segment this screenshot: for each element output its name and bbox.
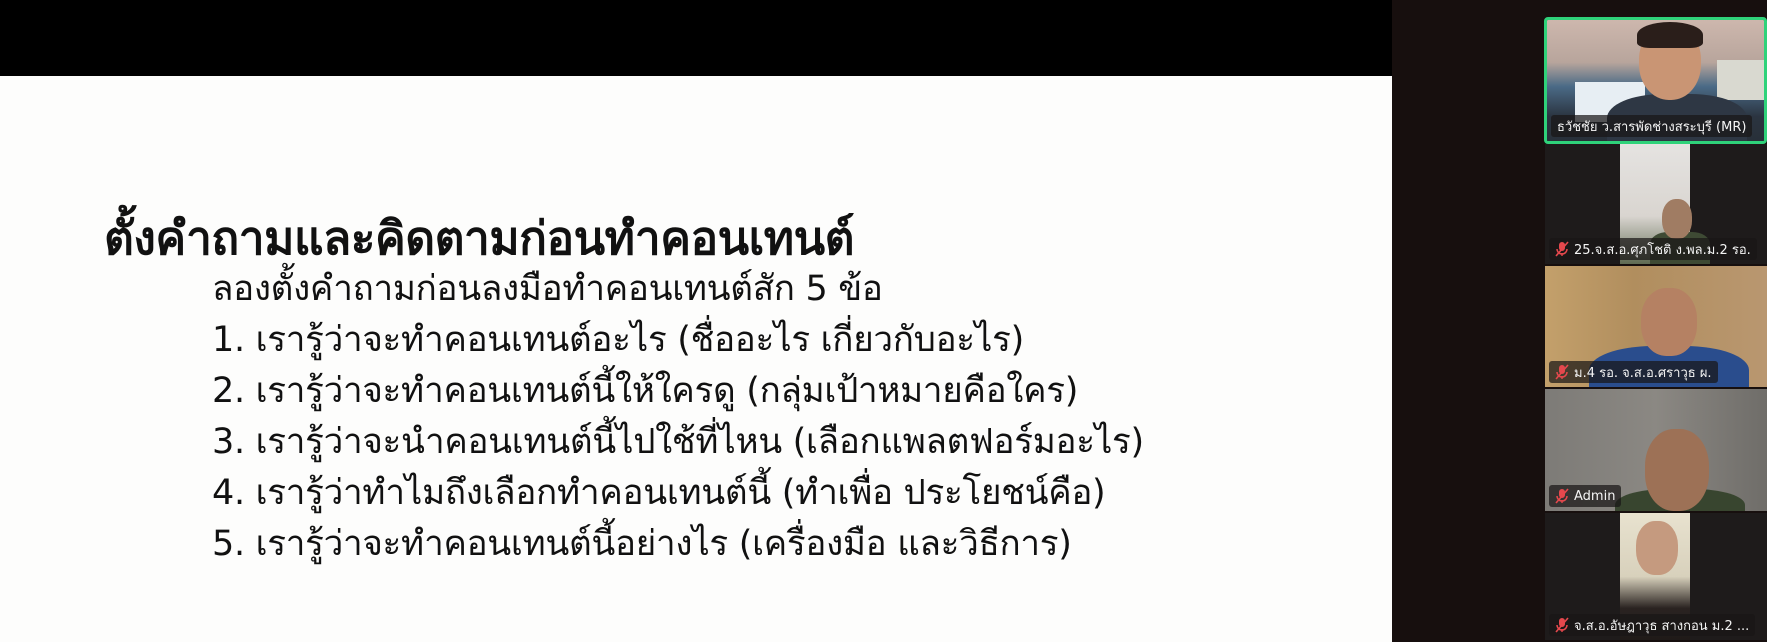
slide-item-1: 1. เรารู้ว่าจะทำคอนเทนต์อะไร (ชื่ออะไร เ… [212,315,1144,366]
participant-name-label: ม.4 รอ. จ.ส.อ.ศราวุธ ผ. [1549,361,1718,383]
participant-name-label: ธวัชชัย ว.สารพัดช่างสระบุรี (MR) [1551,115,1752,137]
shared-screen-top-bar [0,0,1392,76]
microphone-muted-icon [1555,241,1569,257]
participant-name-label: 25.จ.ส.อ.ศุภโชติ ง.พล.ม.2 รอ. [1549,238,1757,260]
microphone-muted-icon [1555,617,1569,633]
slide-item-5: 5. เรารู้ว่าจะทำคอนเทนต์นี้อย่างไร (เครื… [212,519,1144,570]
video-meeting-window: ตั้งคำถามและคิดตามก่อนทำคอนเทนต์ ลองตั้ง… [0,0,1767,642]
shared-screen: ตั้งคำถามและคิดตามก่อนทำคอนเทนต์ ลองตั้ง… [0,0,1392,642]
participant-name: Admin [1574,489,1615,504]
participant-tile[interactable]: จ.ส.อ.อัษฎาวุธ สางกอน ม.2 ... [1545,513,1767,640]
participant-name: 25.จ.ส.อ.ศุภโชติ ง.พล.ม.2 รอ. [1574,239,1751,260]
presentation-slide: ตั้งคำถามและคิดตามก่อนทำคอนเทนต์ ลองตั้ง… [0,76,1392,642]
participant-name: ธวัชชัย ว.สารพัดช่างสระบุรี (MR) [1557,116,1746,137]
participant-name-label: จ.ส.อ.อัษฎาวุธ สางกอน ม.2 ... [1549,614,1755,636]
participant-name: จ.ส.อ.อัษฎาวุธ สางกอน ม.2 ... [1574,615,1749,636]
participant-tile[interactable]: Admin [1545,389,1767,511]
slide-body: ลองตั้งคำถามก่อนลงมือทำคอนเทนต์สัก 5 ข้อ… [212,264,1144,570]
slide-item-4: 4. เรารู้ว่าทำไมถึงเลือกทำคอนเทนต์นี้ (ท… [212,468,1144,519]
participant-tile-active-speaker[interactable]: ธวัชชัย ว.สารพัดช่างสระบุรี (MR) [1544,17,1767,144]
slide-item-3: 3. เรารู้ว่าจะนำคอนเทนต์นี้ไปใช้ที่ไหน (… [212,417,1144,468]
participant-name: ม.4 รอ. จ.ส.อ.ศราวุธ ผ. [1574,362,1712,383]
participant-tile[interactable]: 25.จ.ส.อ.ศุภโชติ ง.พล.ม.2 รอ. [1545,144,1767,264]
participant-tile[interactable]: ม.4 รอ. จ.ส.อ.ศราวุธ ผ. [1545,266,1767,387]
microphone-muted-icon [1555,488,1569,504]
slide-item-2: 2. เรารู้ว่าจะทำคอนเทนต์นี้ให้ใครดู (กลุ… [212,366,1144,417]
participant-name-label: Admin [1549,485,1621,507]
slide-intro: ลองตั้งคำถามก่อนลงมือทำคอนเทนต์สัก 5 ข้อ [212,264,1144,315]
microphone-muted-icon [1555,364,1569,380]
